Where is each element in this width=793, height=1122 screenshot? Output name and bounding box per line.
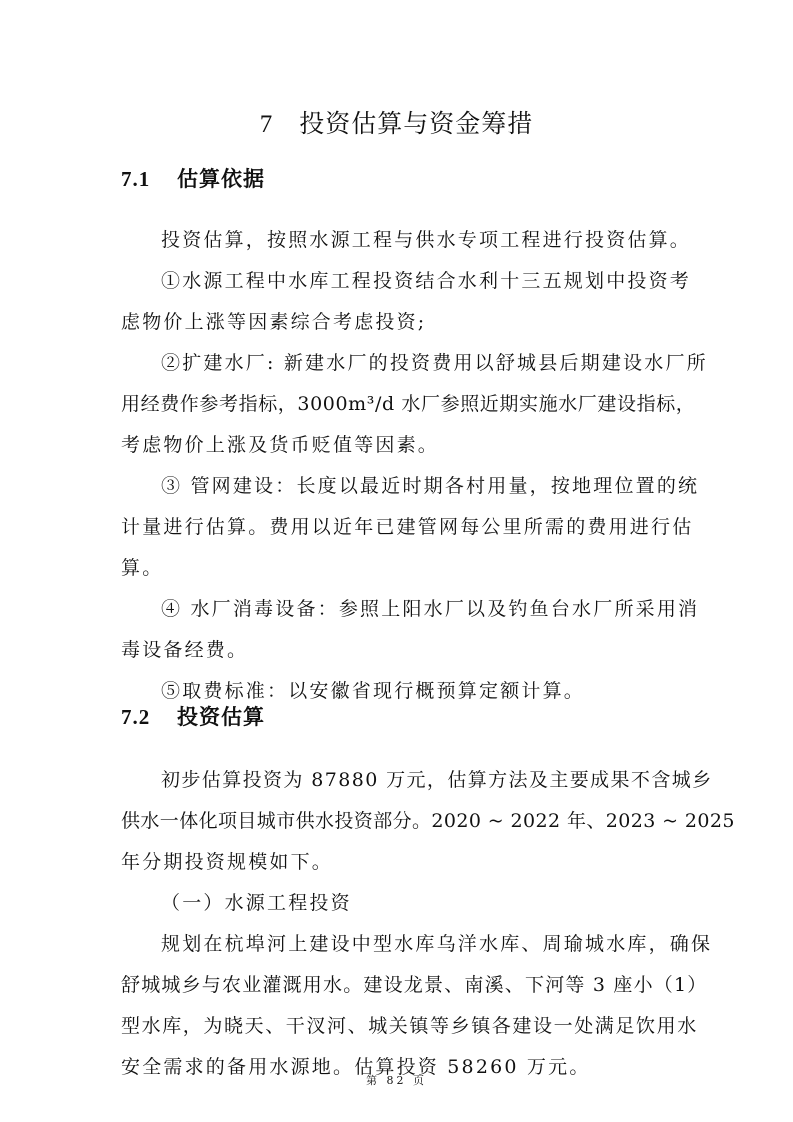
paragraph-line: 投资估算，按照水源工程与供水专项工程进行投资估算。 bbox=[161, 228, 691, 252]
section-number: 7.1 bbox=[121, 167, 177, 192]
paragraph-line: ④ 水厂消毒设备：参照上阳水厂以及钓鱼台水厂所采用消 bbox=[161, 597, 699, 621]
section-title: 投资估算 bbox=[177, 705, 265, 729]
paragraph-line: ③ 管网建设：长度以最近时期各村用量，按地理位置的统 bbox=[161, 474, 699, 498]
chapter-title-text: 投资估算与资金筹措 bbox=[299, 109, 533, 138]
paragraph-line: 算。 bbox=[121, 556, 163, 580]
paragraph-line: 型水库，为晓天、干汊河、城关镇等乡镇各建设一处满足饮用水 bbox=[121, 1014, 698, 1038]
paragraph-line: 用经费作参考指标，3000m³/d 水厂参照近期实施水厂建设指标， bbox=[121, 392, 695, 416]
section-title: 估算依据 bbox=[177, 167, 265, 191]
section-heading-7-2: 7.2投资估算 bbox=[121, 701, 265, 731]
paragraph-line: 规划在杭埠河上建设中型水库乌洋水库、周瑜城水库，确保 bbox=[161, 932, 712, 956]
paragraph-line: ⑤取费标准：以安徽省现行概预算定额计算。 bbox=[161, 679, 585, 703]
chapter-title: 7投资估算与资金筹措 bbox=[0, 104, 793, 140]
subsection-heading: （一）水源工程投资 bbox=[161, 891, 352, 915]
paragraph-line: 虑物价上涨等因素综合考虑投资; bbox=[121, 310, 426, 334]
paragraph-line: ②扩建水厂: 新建水厂的投资费用以舒城县后期建设水厂所 bbox=[161, 351, 708, 375]
section-heading-7-1: 7.1估算依据 bbox=[121, 163, 265, 193]
section-number: 7.2 bbox=[121, 705, 177, 730]
paragraph-line: 计量进行估算。费用以近年已建管网每公里所需的费用进行估 bbox=[121, 515, 693, 539]
page-number: 第 82 页 bbox=[0, 1072, 793, 1088]
paragraph-line: 年分期投资规模如下。 bbox=[121, 850, 333, 874]
paragraph-line: 考虑物价上涨及货币贬值等因素。 bbox=[121, 433, 439, 457]
chapter-number: 7 bbox=[260, 111, 274, 139]
paragraph-line: 初步估算投资为 87880 万元，估算方法及主要成果不含城乡 bbox=[161, 768, 713, 792]
paragraph-line: 舒城城乡与农业灌溉用水。建设龙景、南溪、下河等 3 座小（1） bbox=[121, 973, 707, 997]
paragraph-line: 供水一体化项目城市供水投资部分。2020 ~ 2022 年、2023 ~ 202… bbox=[121, 809, 735, 833]
paragraph-line: ①水源工程中水库工程投资结合水利十三五规划中投资考 bbox=[161, 269, 691, 293]
paragraph-line: 毒设备经费。 bbox=[121, 638, 248, 662]
